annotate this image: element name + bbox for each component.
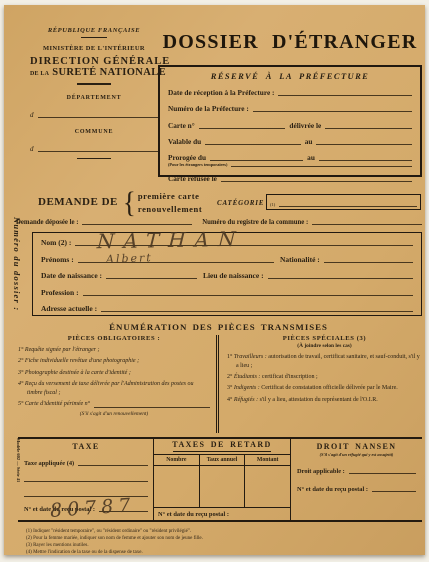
divider xyxy=(81,37,107,38)
category-label: CATÉGORIE xyxy=(217,199,264,207)
request-label: DEMANDE DE xyxy=(38,196,118,208)
list-item: 4° Réfugiés : s'il y a lieu, attestation… xyxy=(227,396,422,405)
valid-to-label: au xyxy=(305,137,313,146)
de-la-small: DE LA xyxy=(30,71,49,77)
blank-line xyxy=(78,464,148,466)
option-renewal: renouvellement xyxy=(138,204,202,214)
blank-line xyxy=(199,127,286,129)
column-header: Nombre xyxy=(154,455,199,466)
grid-column-montant: Montant xyxy=(245,455,290,507)
item-text: Certificat de constatation officielle dé… xyxy=(261,385,398,391)
item-lead: Réfugiés : xyxy=(234,397,258,403)
list-item: 3° Indigents : Certificat de constatatio… xyxy=(227,384,422,393)
delivered-label: délivrée le xyxy=(289,121,321,130)
reception-date-field: Date de réception à la Préfecture : xyxy=(168,88,412,97)
special-pieces-title: PIÈCES SPÉCIALES (3) xyxy=(227,335,422,342)
card-refused-label: Carte refusée le xyxy=(168,174,217,183)
filed-on-label: Demande déposée le : xyxy=(16,219,78,226)
request-type-block: DEMANDE DE { première carte renouvelleme… xyxy=(38,189,202,215)
departement-prefix: d xyxy=(30,111,34,119)
temporary-note-row: (Pour les étrangers temporaires) xyxy=(168,162,412,167)
prefecture-reserved-box: RÉSERVÉ À LA PRÉFECTURE Date de réceptio… xyxy=(158,65,422,177)
special-pieces-list: 1° Travailleurs : autorisation de travai… xyxy=(227,353,422,404)
prefecture-number-field: Numéro de la Préfecture : xyxy=(168,104,412,113)
blank-line xyxy=(231,165,412,167)
address-field: Adresse actuelle : xyxy=(41,304,413,313)
column-header: Montant xyxy=(245,455,290,466)
blank-line xyxy=(278,94,412,96)
firstname-field: Prénoms :Nationalité : xyxy=(41,255,413,264)
blank-line xyxy=(101,310,413,312)
blank-line xyxy=(94,406,210,408)
valid-from-label: Valable du xyxy=(168,137,201,146)
option-first-card: première carte xyxy=(138,191,202,201)
footnote-4: (4) Mettre l'indication de la taxe ou de… xyxy=(26,549,416,556)
category-blank-line xyxy=(279,205,417,207)
footnotes: (1) Indiquer "résident temporaire", ou "… xyxy=(26,528,416,556)
blank-line xyxy=(316,143,412,145)
blank-line xyxy=(312,223,422,225)
profession-label: Profession : xyxy=(41,288,79,297)
form-paper: RÉPUBLIQUE FRANÇAISE MINISTÈRE DE L'INTÉ… xyxy=(4,5,425,555)
handwritten-firstname: Albert xyxy=(106,251,153,266)
late-tax-title: TAXES DE RETARD xyxy=(154,439,290,449)
category-footnote-marker: (1) xyxy=(270,202,275,207)
item-number: 3° xyxy=(227,385,232,391)
divider xyxy=(77,83,111,85)
page-title: DOSSIER D'ÉTRANGER xyxy=(156,31,424,54)
direction-line-2: DE LA SURETÉ NATIONALE xyxy=(30,67,158,78)
applied-tax-field: Taxe appliquée (4) xyxy=(24,460,148,467)
surete-text: SURETÉ NATIONALE xyxy=(52,67,166,78)
departement-field: d xyxy=(30,111,158,119)
direction-line-1: DIRECTION GÉNÉRALE xyxy=(30,56,158,67)
blank-line xyxy=(210,159,303,161)
special-pieces-subtitle: (À joindre selon les cas) xyxy=(227,343,422,349)
nansen-title: DROIT NANSEN xyxy=(297,441,416,451)
handwritten-surname: NATHAN xyxy=(96,227,245,254)
blank-line xyxy=(319,159,412,161)
late-tax-receipt-label: N° et date du reçu postal : xyxy=(154,507,290,520)
pieces-columns: PIÈCES OBLIGATOIRES : 1° Requête signée … xyxy=(18,335,422,433)
mandatory-pieces-column: PIÈCES OBLIGATOIRES : 1° Requête signée … xyxy=(18,335,219,433)
item-number: 1° xyxy=(227,354,232,360)
tax-column-title: TAXE xyxy=(24,441,148,451)
ministere-line: MINISTÈRE DE L'INTÉRIEUR xyxy=(30,45,158,52)
list-item: 1° Travailleurs : autorisation de travai… xyxy=(227,353,422,370)
list-item: 1° Requête signée par l'étranger ; xyxy=(18,346,210,355)
departement-label: DÉPARTEMENT xyxy=(30,95,158,101)
blank-line xyxy=(268,277,413,279)
list-item: 2° Fiche individuelle revêtue d'une phot… xyxy=(18,357,210,366)
mandatory-pieces-list: 1° Requête signée par l'étranger ; 2° Fi… xyxy=(18,346,210,417)
item-text: certificat d'inscription ; xyxy=(262,374,318,380)
item-lead: Indigents : xyxy=(234,385,260,391)
card-refused-field: Carte refusée le xyxy=(168,174,412,183)
prefecture-number-label: Numéro de la Préfecture : xyxy=(168,104,249,113)
item-text: s'il y a lieu, attestation du représenta… xyxy=(260,397,378,403)
blank-line xyxy=(324,261,413,263)
commune-prefix: d xyxy=(30,145,34,153)
list-item: 4° Reçu du versement de taxe délivrée pa… xyxy=(18,380,210,397)
late-tax-grid: Nombre Taux annuel Montant xyxy=(154,454,290,507)
item-number: 2° xyxy=(227,374,232,380)
birthdate-field: Date de naissance :Lieu de naissance : xyxy=(41,271,413,280)
item-lead: Étudiants : xyxy=(234,374,261,380)
item-lead: Travailleurs : xyxy=(234,354,267,360)
issuer-block: RÉPUBLIQUE FRANÇAISE MINISTÈRE DE L'INTÉ… xyxy=(30,27,158,159)
blank-line xyxy=(349,472,416,474)
nansen-receipt-field: N° et date du reçu postal : xyxy=(297,486,416,493)
blank-line xyxy=(221,180,412,182)
commune-label: COMMUNE xyxy=(30,129,158,135)
nansen-receipt-label: N° et date du reçu postal : xyxy=(297,486,368,493)
list-item: 3° Photographie destinée à la carte d'id… xyxy=(18,369,210,378)
extended-label: Prorogée du xyxy=(168,153,206,162)
special-pieces-column: PIÈCES SPÉCIALES (3) (À joindre selon le… xyxy=(219,335,422,433)
pieces-section-title: ÉNUMÉRATION DES PIÈCES TRANSMISES xyxy=(4,322,429,332)
valid-from-field: Valable duau xyxy=(168,137,412,146)
blank-line xyxy=(82,223,192,225)
item-number: 4° xyxy=(227,397,232,403)
card-number-field: Carte n°délivrée le xyxy=(168,121,412,130)
temporary-foreigners-note: (Pour les étrangers temporaires) xyxy=(168,162,227,167)
republique-line: RÉPUBLIQUE FRANÇAISE xyxy=(30,27,158,34)
blank-line xyxy=(372,490,416,492)
blank-line xyxy=(83,294,413,296)
nationality-label: Nationalité : xyxy=(280,255,320,264)
commune-register-label: Numéro du registre de la commune : xyxy=(202,219,308,226)
late-tax-column: TAXES DE RETARD Nombre Taux annuel Monta… xyxy=(154,439,291,520)
extended-field: Prorogée duau xyxy=(168,153,412,162)
nansen-subtitle: (S'il s'agit d'un réfugié qui y est assu… xyxy=(297,452,416,457)
brace-glyph: { xyxy=(123,188,136,217)
commune-blank-line xyxy=(38,150,159,152)
blank-line xyxy=(253,110,412,112)
expired-card-label: 5° Carte d'identité périmée n° xyxy=(18,400,90,409)
grid-column-taux: Taux annuel xyxy=(200,455,246,507)
blank-line xyxy=(24,481,148,482)
nansen-column: DROIT NANSEN (S'il s'agit d'un réfugié q… xyxy=(291,439,422,520)
footnote-1: (1) Indiquer "résident temporaire", ou "… xyxy=(26,528,416,535)
scanned-page: RÉPUBLIQUE FRANÇAISE MINISTÈRE DE L'INTÉ… xyxy=(0,0,429,562)
list-item: 2° Étudiants : certificat d'inscription … xyxy=(227,373,422,382)
name-label: Nom (2) : xyxy=(41,238,71,247)
footnote-2: (2) Pour la femme mariée, indiquer son n… xyxy=(26,535,416,542)
address-label: Adresse actuelle : xyxy=(41,304,97,313)
divider xyxy=(77,158,111,160)
birthplace-label: Lieu de naissance : xyxy=(203,271,264,280)
blank-line xyxy=(106,277,197,279)
footnote-3: (3) Rayer les mentions inutiles. xyxy=(26,542,416,549)
nansen-duty-field: Droit applicable : xyxy=(297,468,416,475)
expired-card-field: 5° Carte d'identité périmée n° xyxy=(18,400,210,409)
birthdate-label: Date de naissance : xyxy=(41,271,102,280)
renewal-note: (S'il s'agit d'un renouvellement) xyxy=(18,411,210,417)
prefecture-box-title: RÉSERVÉ À LA PRÉFECTURE xyxy=(168,71,412,81)
card-number-label: Carte n° xyxy=(168,121,195,130)
blank-line xyxy=(325,127,412,129)
departement-blank-line xyxy=(38,116,159,118)
commune-field: d xyxy=(30,145,158,153)
blank-line xyxy=(205,143,301,145)
nansen-duty-label: Droit applicable : xyxy=(297,468,345,475)
grid-column-nombre: Nombre xyxy=(154,455,200,507)
firstname-label: Prénoms : xyxy=(41,255,74,264)
mandatory-pieces-title: PIÈCES OBLIGATOIRES : xyxy=(18,335,210,342)
reception-date-label: Date de réception à la Préfecture : xyxy=(168,88,274,97)
filing-row: Demande déposée le : Numéro du registre … xyxy=(16,219,422,226)
category-box: (1) xyxy=(266,194,421,210)
divider xyxy=(173,451,271,452)
request-options: première carte renouvellement xyxy=(138,191,202,214)
column-header: Taux annuel xyxy=(200,455,245,466)
applied-tax-label: Taxe appliquée (4) xyxy=(24,460,74,467)
profession-field: Profession : xyxy=(41,288,413,297)
extended-to-label: au xyxy=(307,153,315,162)
